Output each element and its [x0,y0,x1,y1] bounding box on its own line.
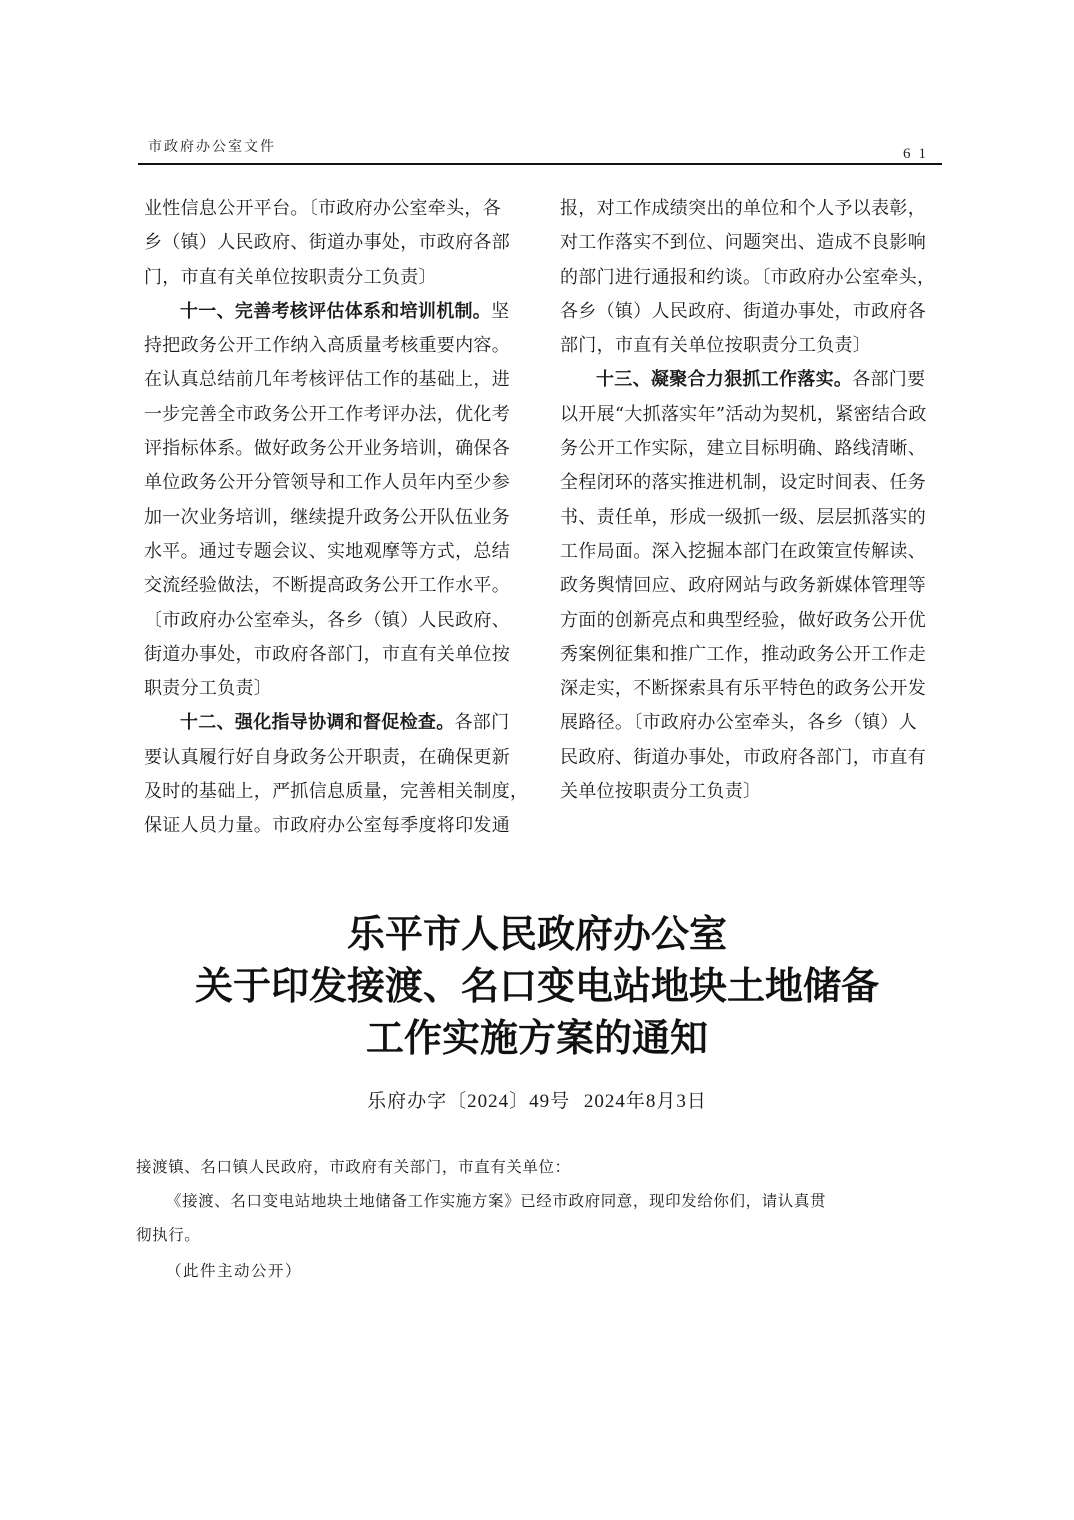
right-column: 报，对工作成绩突出的单位和个人予以表彰， 对工作落实不到位、问题突出、造成不良影… [560,192,946,809]
text-line: 一步完善全市政务公开工作考评办法，优化考 [144,398,530,432]
text-line: 乡（镇）人民政府、街道办事处，市政府各部 [144,226,530,260]
notice-body: 接渡镇、名口镇人民政府，市政府有关部门，市直有关单位： 《接渡、名口变电站地块土… [136,1150,944,1288]
text-line: 水平。通过专题会议、实地观摩等方式，总结 [144,535,530,569]
text-line: 及时的基础上，严抓信息质量，完善相关制度， [144,775,530,809]
title-line: 乐平市人民政府办公室 [0,908,1074,960]
section-13-heading: 十三、凝聚合力狠抓工作落实。 [596,369,852,390]
text-line: 以开展“大抓落实年”活动为契机，紧密结合政 [560,398,946,432]
text-line: 单位政务公开分管领导和工作人员年内至少参 [144,466,530,500]
page-number: 61 [903,146,934,163]
text-line: 各乡（镇）人民政府、街道办事处，市政府各 [560,295,946,329]
text-line: 全程闭环的落实推进机制，设定时间表、任务 [560,466,946,500]
paragraph-continuation: 业性信息公开平台。〔市政府办公室牵头，各 乡（镇）人民政府、街道办事处，市政府各… [144,192,530,295]
title-line: 关于印发接渡、名口变电站地块土地储备 [0,960,1074,1012]
header-title: 市政府办公室文件 [148,136,276,156]
text-line: 报，对工作成绩突出的单位和个人予以表彰， [560,192,946,226]
section-11: 十一、完善考核评估体系和培训机制。坚 持把政务公开工作纳入高质量考核重要内容。 … [144,295,530,707]
text-line: 保证人员力量。市政府办公室每季度将印发通 [144,809,530,843]
issue-date: 2024年8月3日 [584,1091,707,1112]
text-line: 工作局面。深入挖掘本部门在政策宣传解读、 [560,535,946,569]
text-line: 秀案例征集和推广工作，推动政务公开工作走 [560,638,946,672]
text-line: 深走实，不断探索具有乐平特色的政务公开发 [560,672,946,706]
body-line: 彻执行。 [136,1218,944,1252]
section-13-first-line: 十三、凝聚合力狠抓工作落实。各部门要 [560,363,946,397]
disclosure-note: （此件主动公开） [136,1254,944,1288]
addressee: 接渡镇、名口镇人民政府，市政府有关部门，市直有关单位： [136,1150,944,1184]
text-line: 街道办事处，市政府各部门，市直有关单位按 [144,638,530,672]
text-line: 政务舆情回应、政府网站与政务新媒体管理等 [560,569,946,603]
title-line: 工作实施方案的通知 [0,1012,1074,1064]
section-11-first-line: 十一、完善考核评估体系和培训机制。坚 [144,295,530,329]
text-line: 对工作落实不到位、问题突出、造成不良影响 [560,226,946,260]
text-line: 方面的创新亮点和典型经验，做好政务公开优 [560,604,946,638]
section-13: 十三、凝聚合力狠抓工作落实。各部门要 以开展“大抓落实年”活动为契机，紧密结合政… [560,363,946,809]
text-line: 持把政务公开工作纳入高质量考核重要内容。 [144,329,530,363]
document-page: 市政府办公室文件 61 业性信息公开平台。〔市政府办公室牵头，各 乡（镇）人民政… [0,0,1074,1520]
text-line: 关单位按职责分工负责〕 [560,775,946,809]
text-line: 在认真总结前几年考核评估工作的基础上，进 [144,363,530,397]
section-12-first-line: 十二、强化指导协调和督促检查。各部门 [144,706,530,740]
text-line: 务公开工作实际，建立目标明确、路线清晰、 [560,432,946,466]
text-line: 交流经验做法，不断提高政务公开工作水平。 [144,569,530,603]
text-line: 门，市直有关单位按职责分工负责〕 [144,261,530,295]
section-11-heading: 十一、完善考核评估体系和培训机制。 [180,301,491,322]
document-number-line: 乐府办字〔2024〕49号 2024年8月3日 [0,1086,1074,1113]
page-header: 市政府办公室文件 61 [138,136,942,166]
text-line: 展路径。〔市政府办公室牵头，各乡（镇）人 [560,706,946,740]
body-line: 《接渡、名口变电站地块土地储备工作实施方案》已经市政府同意，现印发给你们，请认真… [136,1184,944,1218]
text-line: 部门，市直有关单位按职责分工负责〕 [560,329,946,363]
text-line: 加一次业务培训，继续提升政务公开队伍业务 [144,501,530,535]
text-line: 业性信息公开平台。〔市政府办公室牵头，各 [144,192,530,226]
section-12-heading: 十二、强化指导协调和督促检查。 [180,712,455,733]
notice-title: 乐平市人民政府办公室 关于印发接渡、名口变电站地块土地储备 工作实施方案的通知 [0,908,1074,1064]
text-line: 的部门进行通报和约谈。〔市政府办公室牵头， [560,261,946,295]
section-12: 十二、强化指导协调和督促检查。各部门 要认真履行好自身政务公开职责，在确保更新 … [144,706,530,843]
text-line: 要认真履行好自身政务公开职责，在确保更新 [144,741,530,775]
text-line: 职责分工负责〕 [144,672,530,706]
document-number: 乐府办字〔2024〕49号 [367,1091,570,1112]
header-divider [138,163,942,165]
text-line: 评指标体系。做好政务公开业务培训，确保各 [144,432,530,466]
text-line: 〔市政府办公室牵头，各乡（镇）人民政府、 [144,604,530,638]
left-column: 业性信息公开平台。〔市政府办公室牵头，各 乡（镇）人民政府、街道办事处，市政府各… [144,192,530,844]
paragraph-continuation: 报，对工作成绩突出的单位和个人予以表彰， 对工作落实不到位、问题突出、造成不良影… [560,192,946,363]
text-line: 民政府、街道办事处，市政府各部门，市直有 [560,741,946,775]
text-line: 书、责任单，形成一级抓一级、层层抓落实的 [560,501,946,535]
